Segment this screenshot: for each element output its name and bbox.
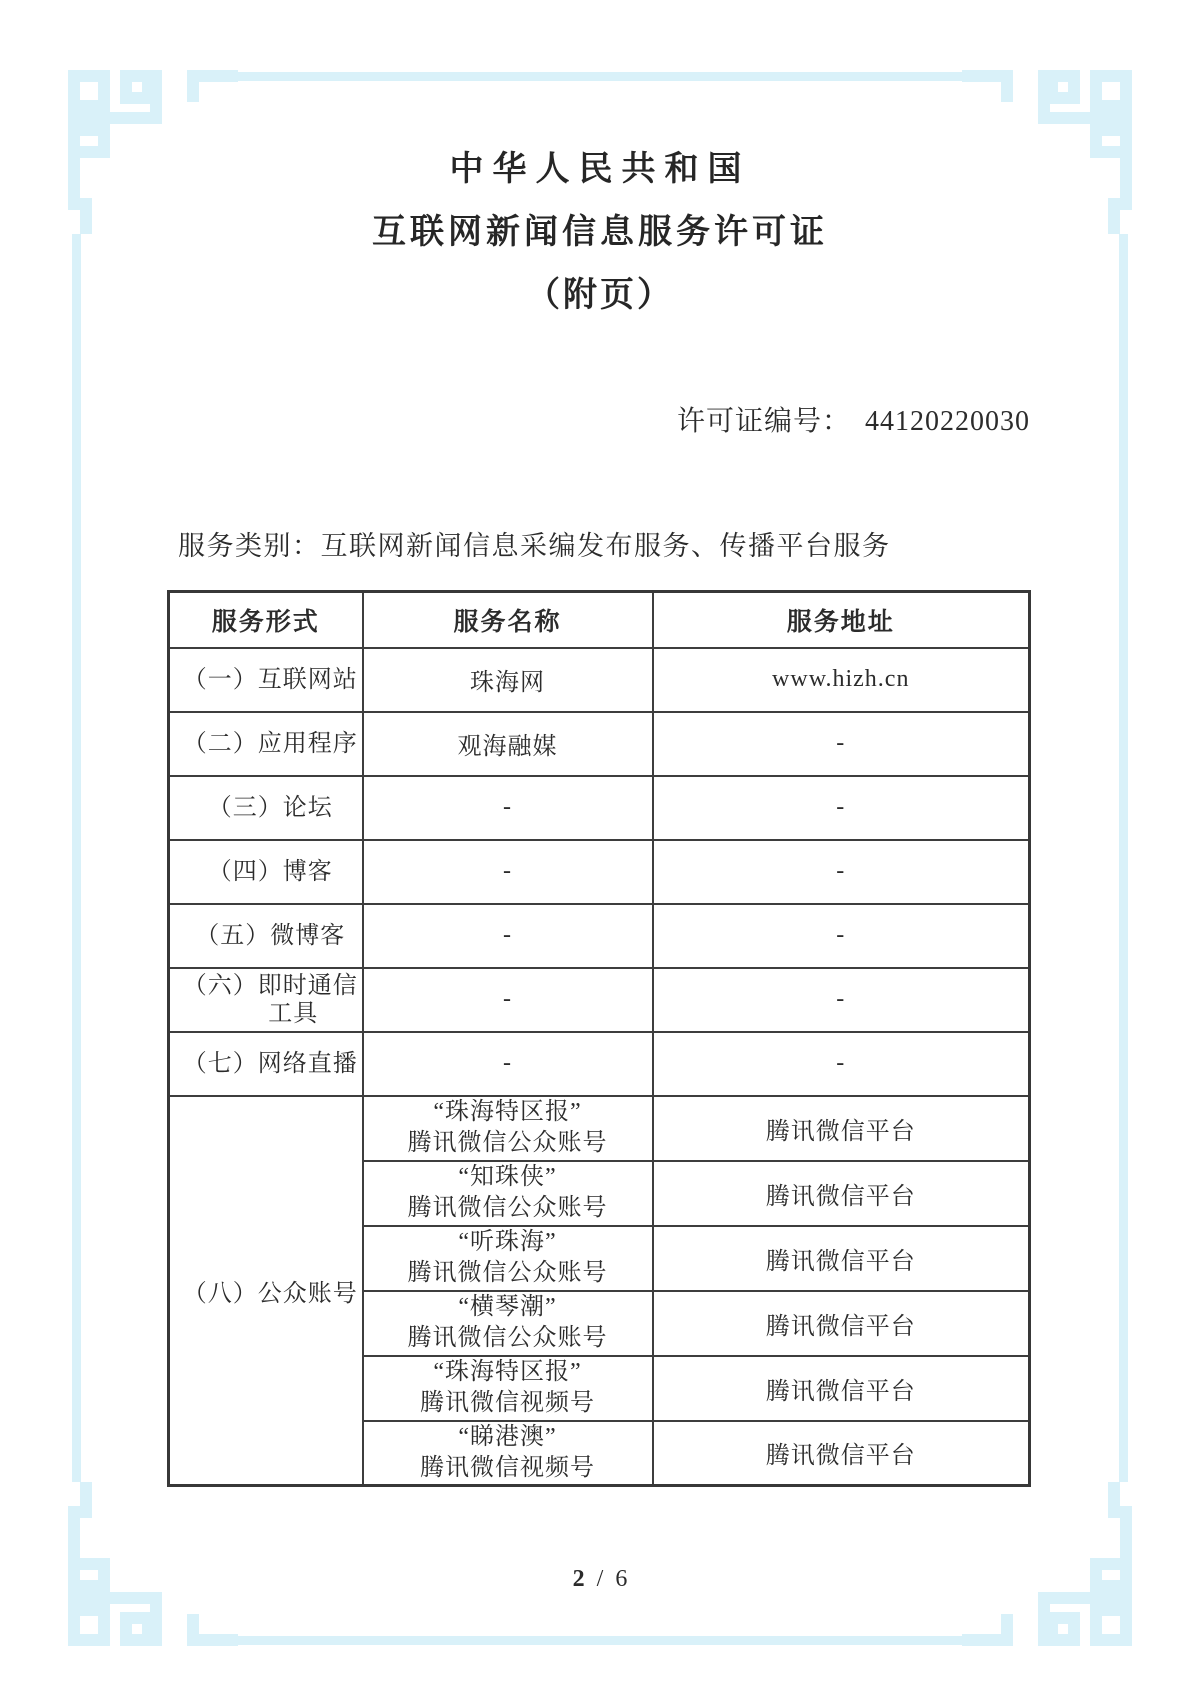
document-title-block: 中华人民共和国 互联网新闻信息服务许可证 （附页） — [0, 150, 1200, 316]
account-name-text: “听珠海” — [364, 1227, 652, 1258]
total-pages: 6 — [615, 1566, 627, 1592]
service-category-value: 互联网新闻信息采编发布服务、传播平台服务 — [321, 531, 891, 561]
service-name-cell: - — [363, 904, 653, 968]
service-name-cell: “横琴潮”腾讯微信公众账号 — [363, 1291, 653, 1356]
table-row: （一）互联网站珠海网www.hizh.cn — [169, 648, 1030, 712]
service-name-cell: - — [363, 776, 653, 840]
frame-edge-left — [72, 256, 81, 1460]
service-name-cell: 珠海网 — [363, 648, 653, 712]
license-number-label: 许可证编号： — [677, 406, 851, 437]
table-row: （六）即时通信工具-- — [169, 968, 1030, 1032]
account-name-text: “知珠侠” — [364, 1162, 652, 1193]
header-service-name: 服务名称 — [363, 592, 653, 648]
service-form-cell: （一）互联网站 — [169, 648, 363, 712]
service-form-text: （二）应用程序 — [179, 730, 362, 758]
table-row: （五）微博客-- — [169, 904, 1030, 968]
service-form-text: （四）博客 — [179, 858, 362, 886]
service-address-cell: 腾讯微信平台 — [653, 1291, 1030, 1356]
account-name-text: “横琴潮” — [364, 1292, 652, 1323]
page-separator: / — [597, 1566, 604, 1592]
service-form-cell: （三）论坛 — [169, 776, 363, 840]
service-address-cell: 腾讯微信平台 — [653, 1226, 1030, 1291]
service-form-text: （三）论坛 — [179, 794, 362, 822]
service-name-cell: 观海融媒 — [363, 712, 653, 776]
service-address-cell: 腾讯微信平台 — [653, 1161, 1030, 1226]
account-type-text: 腾讯微信公众账号 — [364, 1258, 652, 1289]
service-address-cell: - — [653, 968, 1030, 1032]
frame-edge-top — [230, 72, 970, 81]
table-row: （七）网络直播-- — [169, 1032, 1030, 1096]
service-category-label: 服务类别： — [178, 531, 321, 561]
account-type-text: 腾讯微信视频号 — [364, 1388, 652, 1419]
service-name-cell: “珠海特区报”腾讯微信公众账号 — [363, 1096, 653, 1161]
frame-edge-bottom — [230, 1636, 970, 1645]
service-form-cell: （四）博客 — [169, 840, 363, 904]
service-name-cell: “睇港澳”腾讯微信视频号 — [363, 1421, 653, 1486]
account-type-text: 腾讯微信公众账号 — [364, 1128, 652, 1159]
license-number-line: 许可证编号：44120220030 — [677, 399, 1030, 439]
account-type-text: 腾讯微信公众账号 — [364, 1193, 652, 1224]
account-type-text: 腾讯微信公众账号 — [364, 1323, 652, 1354]
service-name-cell: - — [363, 1032, 653, 1096]
service-address-cell: 腾讯微信平台 — [653, 1356, 1030, 1421]
account-name-text: “睇港澳” — [364, 1422, 652, 1453]
table-row: （三）论坛-- — [169, 776, 1030, 840]
service-name-cell: “听珠海”腾讯微信公众账号 — [363, 1226, 653, 1291]
service-address-cell: - — [653, 712, 1030, 776]
account-type-text: 腾讯微信视频号 — [364, 1453, 652, 1484]
service-address-cell: - — [653, 1032, 1030, 1096]
page-number: 2 / 6 — [0, 1566, 1200, 1593]
attachment-page-label: （附页） — [0, 276, 1200, 316]
service-form-cell: （八）公众账号 — [169, 1096, 363, 1486]
table-row: （四）博客-- — [169, 840, 1030, 904]
service-form-text: （六）即时通信 — [179, 972, 362, 1000]
service-address-cell: - — [653, 776, 1030, 840]
service-table-body: （一）互联网站珠海网www.hizh.cn（二）应用程序观海融媒-（三）论坛--… — [169, 648, 1030, 1486]
service-address-cell: 腾讯微信平台 — [653, 1421, 1030, 1486]
country-title: 中华人民共和国 — [0, 150, 1200, 190]
service-table: 服务形式 服务名称 服务地址 （一）互联网站珠海网www.hizh.cn（二）应… — [167, 590, 1031, 1487]
table-header-row: 服务形式 服务名称 服务地址 — [169, 592, 1030, 648]
license-title: 互联网新闻信息服务许可证 — [0, 213, 1200, 253]
license-number-value: 44120220030 — [865, 406, 1030, 437]
service-form-cell: （二）应用程序 — [169, 712, 363, 776]
frame-edge-right — [1119, 256, 1128, 1460]
service-form-text: （五）微博客 — [179, 922, 362, 950]
service-name-cell: “珠海特区报”腾讯微信视频号 — [363, 1356, 653, 1421]
service-name-cell: - — [363, 968, 653, 1032]
service-address-cell: 腾讯微信平台 — [653, 1096, 1030, 1161]
current-page: 2 — [573, 1566, 585, 1592]
service-address-cell: - — [653, 840, 1030, 904]
service-form-text: 工具 — [225, 1000, 362, 1028]
service-address-cell: www.hizh.cn — [653, 648, 1030, 712]
service-form-cell: （五）微博客 — [169, 904, 363, 968]
table-row: （二）应用程序观海融媒- — [169, 712, 1030, 776]
header-service-form: 服务形式 — [169, 592, 363, 648]
service-form-text: （一）互联网站 — [179, 666, 362, 694]
service-form-cell: （六）即时通信工具 — [169, 968, 363, 1032]
service-form-cell: （七）网络直播 — [169, 1032, 363, 1096]
service-address-cell: - — [653, 904, 1030, 968]
header-service-address: 服务地址 — [653, 592, 1030, 648]
service-category-line: 服务类别：互联网新闻信息采编发布服务、传播平台服务 — [178, 524, 891, 563]
service-form-text: （七）网络直播 — [179, 1050, 362, 1078]
account-name-text: “珠海特区报” — [364, 1357, 652, 1388]
account-name-text: “珠海特区报” — [364, 1097, 652, 1128]
service-name-cell: - — [363, 840, 653, 904]
table-row: （八）公众账号“珠海特区报”腾讯微信公众账号腾讯微信平台 — [169, 1096, 1030, 1161]
license-document-page: 中华人民共和国 互联网新闻信息服务许可证 （附页） 许可证编号：44120220… — [0, 0, 1200, 1696]
service-name-cell: “知珠侠”腾讯微信公众账号 — [363, 1161, 653, 1226]
